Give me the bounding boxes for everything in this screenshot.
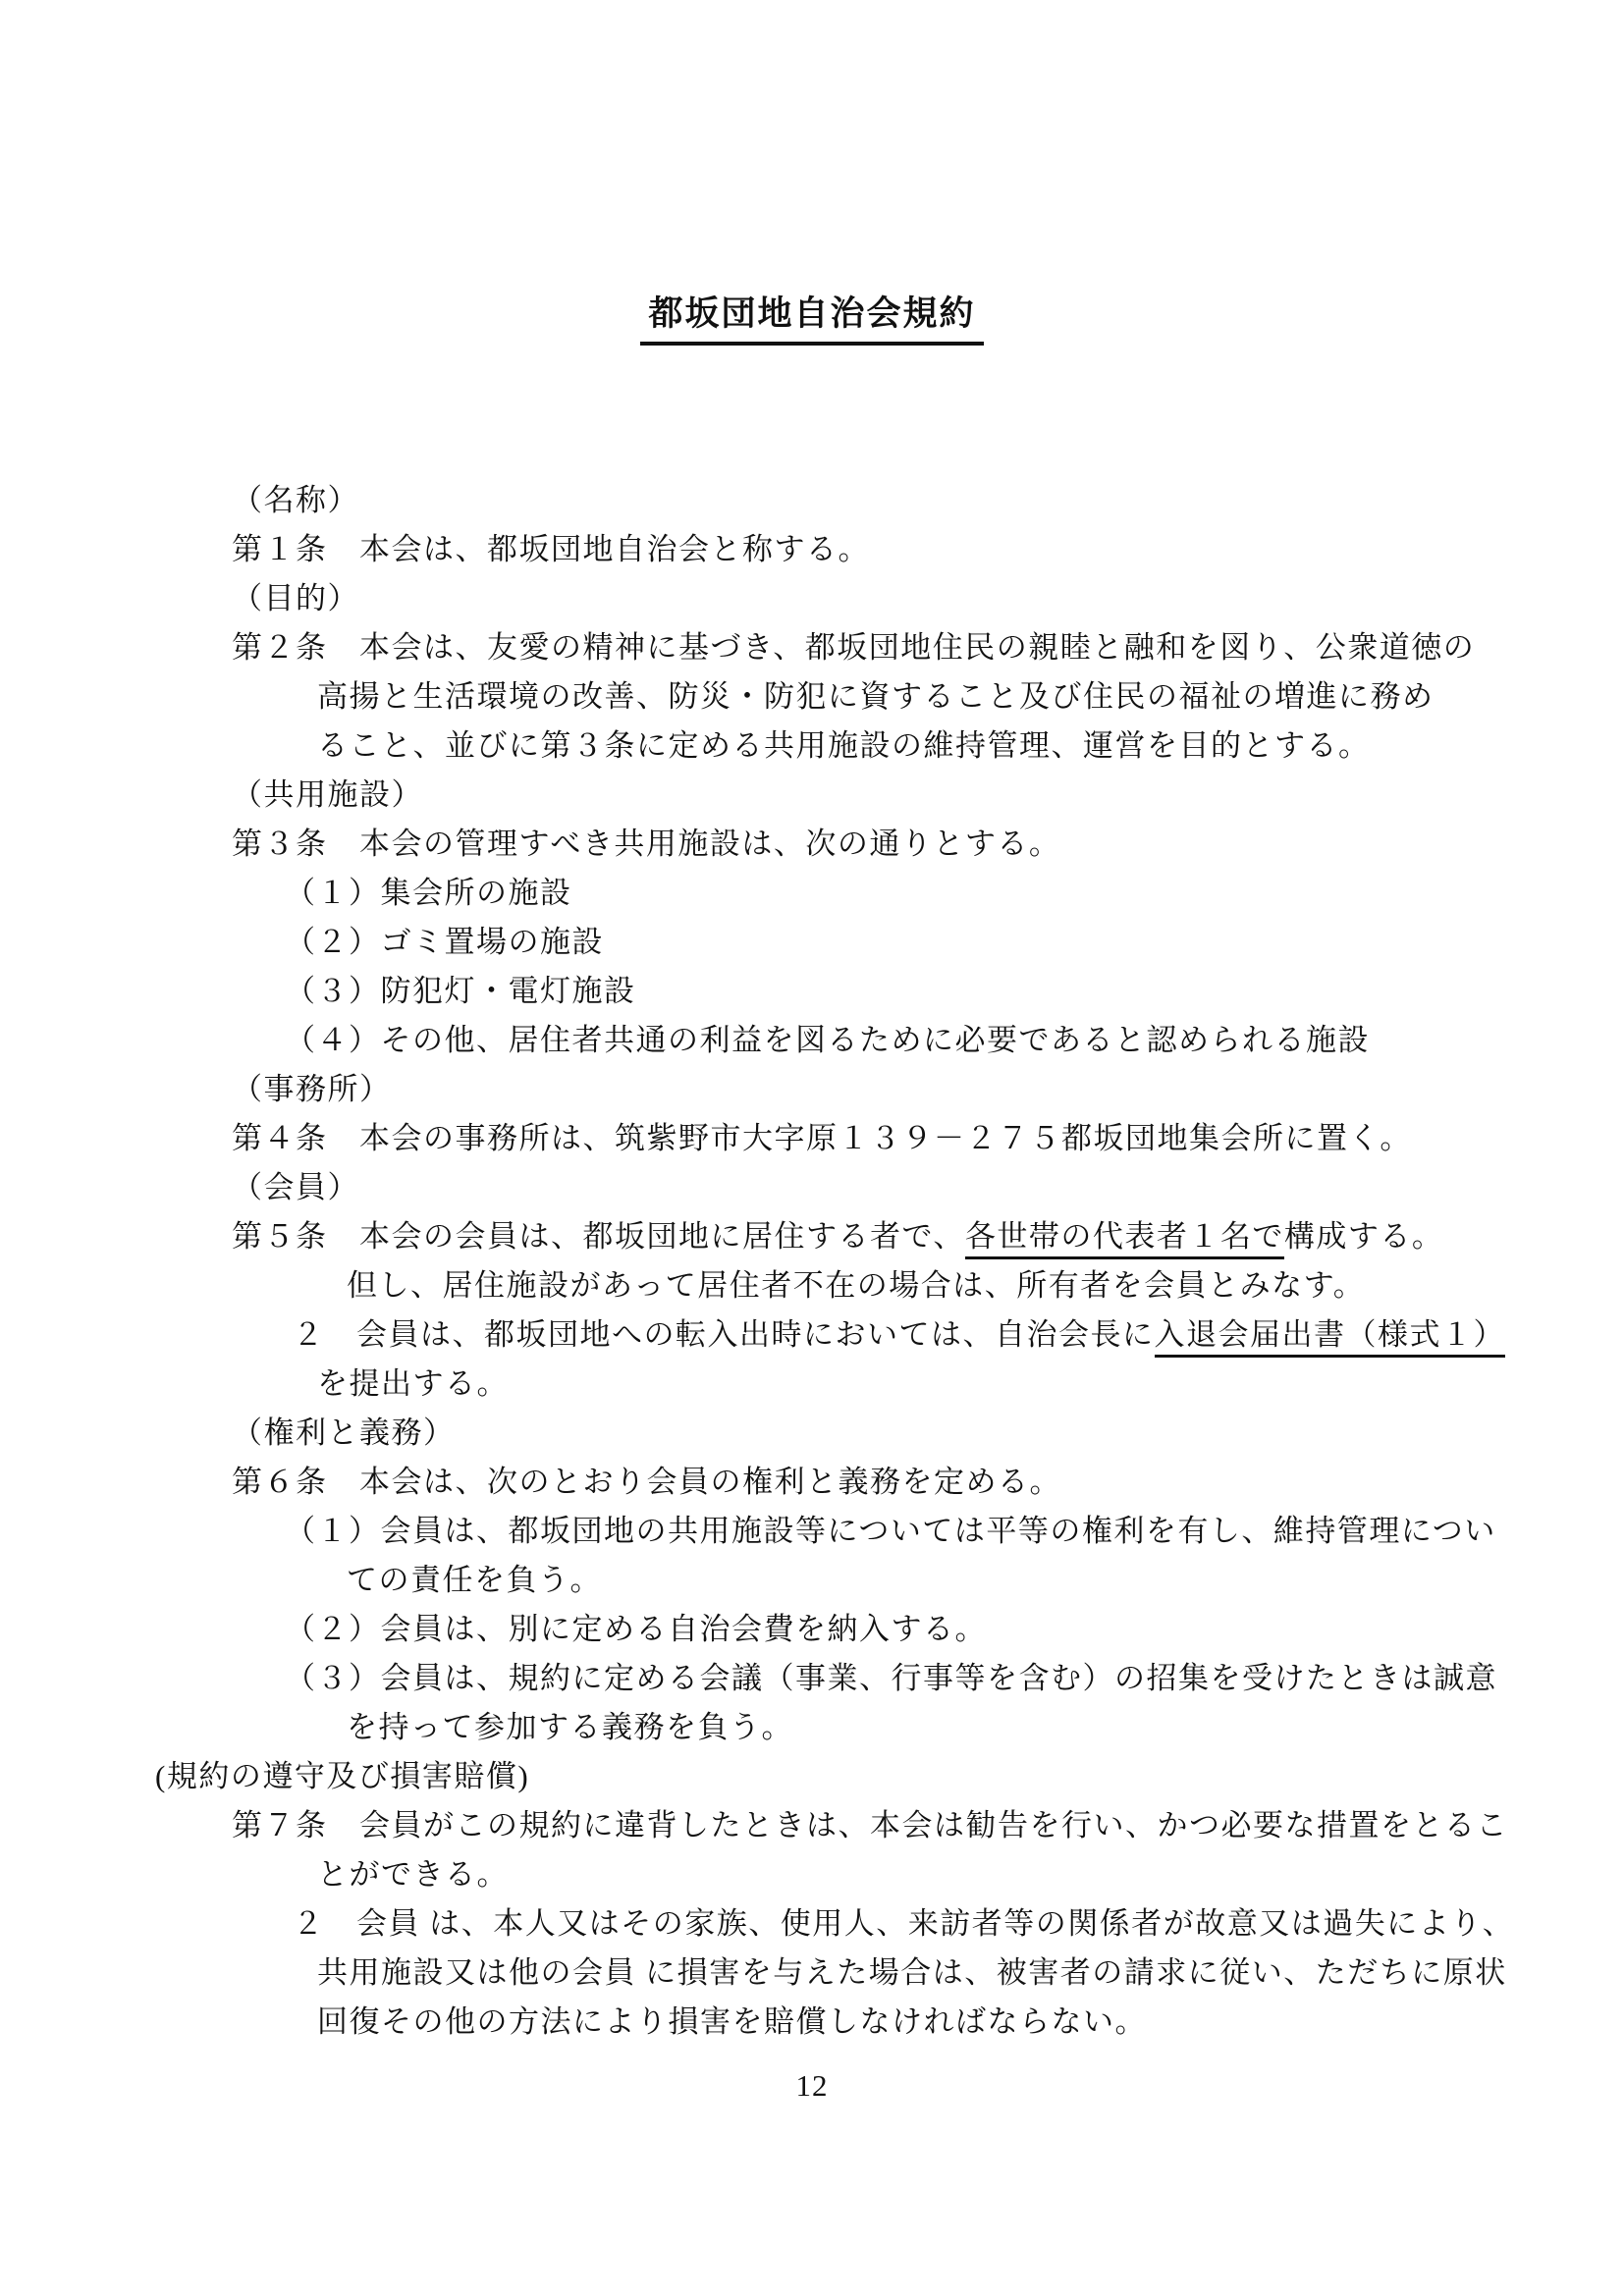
list-item-3: （３）会員は、規約に定める会議（事業、行事等を含む）の招集を受けたときは誠意 [285, 1654, 1490, 1703]
page-number: 12 [0, 2061, 1624, 2110]
page-title-text: 都坂団地自治会規約 [640, 287, 983, 346]
text-run: （共用施設） [232, 777, 423, 812]
list-item-2: （２）ゴミ置場の施設 [285, 918, 1490, 967]
text-run: （２）ゴミ置場の施設 [285, 925, 604, 959]
text-run: （名称） [232, 483, 359, 517]
text-run: 第５条 本会の会員は、都坂団地に居住する者で、 [232, 1219, 965, 1254]
text-run: （事務所） [232, 1072, 392, 1106]
article-2-continuation: 高揚と生活環境の改善、防災・防犯に資すること及び住民の福祉の増進に務め [317, 672, 1490, 721]
text-run: 構成する。 [1284, 1219, 1444, 1254]
text-run: （２）会員は、別に定める自治会費を納入する。 [285, 1612, 987, 1646]
section-header-shared-facilities: （共用施設） [232, 771, 1490, 820]
list-item-1: （１）会員は、都坂団地の共用施設等については平等の権利を有し、維持管理につい [285, 1507, 1490, 1556]
article-6: 第６条 本会は、次のとおり会員の権利と義務を定める。 [232, 1458, 1490, 1507]
text-run: (規約の遵守及び損害賠償) [155, 1759, 529, 1793]
text-run: （３）会員は、規約に定める会議（事業、行事等を含む）の招集を受けたときは誠意 [285, 1661, 1497, 1695]
list-item-3: （３）防犯灯・電灯施設 [285, 967, 1490, 1016]
article-7-paragraph-2-continuation: 共用施設又は他の会員 に損害を与えた場合は、被害者の請求に従い、ただちに原状 [317, 1949, 1490, 1998]
text-run: ての責任を負う。 [347, 1563, 602, 1597]
text-run: 第７条 会員がこの規約に違背したときは、本会は勧告を行い、かつ必要な措置をとるこ [232, 1808, 1508, 1842]
list-item-4: （４）その他、居住者共通の利益を図るために必要であると認められる施設 [285, 1016, 1490, 1065]
text-run: 第１条 本会は、都坂団地自治会と称する。 [232, 532, 870, 566]
list-item-3-continuation: を持って参加する義務を負う。 [347, 1703, 1490, 1752]
text-run: （１）集会所の施設 [285, 876, 572, 910]
text-run: 但し、居住施設があって居住者不在の場合は、所有者を会員とみなす。 [347, 1268, 1365, 1303]
list-item-1: （１）集会所の施設 [285, 869, 1490, 918]
section-header-purpose: （目的） [232, 574, 1490, 623]
section-header-rights-duties: （権利と義務） [232, 1409, 1490, 1458]
text-run: ２ 会員は、都坂団地への転入出時においては、自治会長に [293, 1317, 1155, 1352]
article-7-paragraph-2-continuation: 回復その他の方法により損害を賠償しなければならない。 [317, 1998, 1490, 2047]
page-title: 都坂団地自治会規約 [0, 287, 1624, 346]
text-run: 第３条 本会の管理すべき共用施設は、次の通りとする。 [232, 827, 1060, 861]
article-5-paragraph-2: ２ 会員は、都坂団地への転入出時においては、自治会長に入退会届出書（様式１） [293, 1310, 1490, 1360]
text-run: （３）防犯灯・電灯施設 [285, 974, 636, 1008]
text-run: 第２条 本会は、友愛の精神に基づき、都坂団地住民の親睦と融和を図り、公衆道徳の [232, 630, 1475, 665]
article-2: 第２条 本会は、友愛の精神に基づき、都坂団地住民の親睦と融和を図り、公衆道徳の [232, 623, 1490, 672]
article-5-proviso: 但し、居住施設があって居住者不在の場合は、所有者を会員とみなす。 [347, 1261, 1490, 1310]
section-header-compliance-damages: (規約の遵守及び損害賠償) [155, 1752, 1490, 1801]
text-run: 第４条 本会の事務所は、筑紫野市大字原１３９－２７５都坂団地集会所に置く。 [232, 1121, 1412, 1155]
article-7-continuation: とができる。 [317, 1850, 1490, 1899]
text-run: （権利と義務） [232, 1415, 456, 1450]
underlined-text: 入退会届出書（様式１） [1155, 1317, 1506, 1358]
list-item-2: （２）会員は、別に定める自治会費を納入する。 [285, 1605, 1490, 1654]
text-run: 共用施設又は他の会員 に損害を与えた場合は、被害者の請求に従い、ただちに原状 [317, 1955, 1507, 1990]
article-5: 第５条 本会の会員は、都坂団地に居住する者で、各世帯の代表者１名で構成する。 [232, 1212, 1490, 1261]
text-run: （１）会員は、都坂団地の共用施設等については平等の権利を有し、維持管理につい [285, 1514, 1496, 1548]
document-body: （名称）第１条 本会は、都坂団地自治会と称する。（目的）第２条 本会は、友愛の精… [155, 476, 1490, 2047]
text-run: ２ 会員 は、本人又はその家族、使用人、来訪者等の関係者が故意又は過失により、 [293, 1906, 1514, 1941]
section-header-office: （事務所） [232, 1065, 1490, 1114]
article-3: 第３条 本会の管理すべき共用施設は、次の通りとする。 [232, 820, 1490, 869]
underlined-text: 各世帯の代表者１名で [965, 1219, 1284, 1259]
text-run: 第６条 本会は、次のとおり会員の権利と義務を定める。 [232, 1465, 1061, 1499]
article-5-paragraph-2-continuation: を提出する。 [317, 1360, 1490, 1409]
article-2-continuation: ること、並びに第３条に定める共用施設の維持管理、運営を目的とする。 [317, 721, 1490, 771]
section-header-members: （会員） [232, 1163, 1490, 1212]
text-run: （会員） [232, 1170, 359, 1204]
text-run: とができる。 [317, 1857, 509, 1892]
text-run: ること、並びに第３条に定める共用施設の維持管理、運営を目的とする。 [317, 728, 1371, 763]
section-header-name: （名称） [232, 476, 1490, 525]
text-run: を持って参加する義務を負う。 [347, 1710, 793, 1744]
text-run: 回復その他の方法により損害を賠償しなければならない。 [317, 2004, 1147, 2039]
article-7: 第７条 会員がこの規約に違背したときは、本会は勧告を行い、かつ必要な措置をとるこ [232, 1801, 1490, 1850]
text-run: （目的） [232, 581, 359, 615]
article-1: 第１条 本会は、都坂団地自治会と称する。 [232, 525, 1490, 574]
text-run: 高揚と生活環境の改善、防災・防犯に資すること及び住民の福祉の増進に務め [317, 679, 1435, 714]
article-7-paragraph-2: ２ 会員 は、本人又はその家族、使用人、来訪者等の関係者が故意又は過失により、 [293, 1899, 1490, 1949]
text-run: （４）その他、居住者共通の利益を図るために必要であると認められる施設 [285, 1023, 1370, 1057]
list-item-1-continuation: ての責任を負う。 [347, 1556, 1490, 1605]
article-4: 第４条 本会の事務所は、筑紫野市大字原１３９－２７５都坂団地集会所に置く。 [232, 1114, 1490, 1163]
document-page: 都坂団地自治会規約 （名称）第１条 本会は、都坂団地自治会と称する。（目的）第２… [0, 0, 1624, 2296]
text-run: を提出する。 [317, 1366, 509, 1401]
